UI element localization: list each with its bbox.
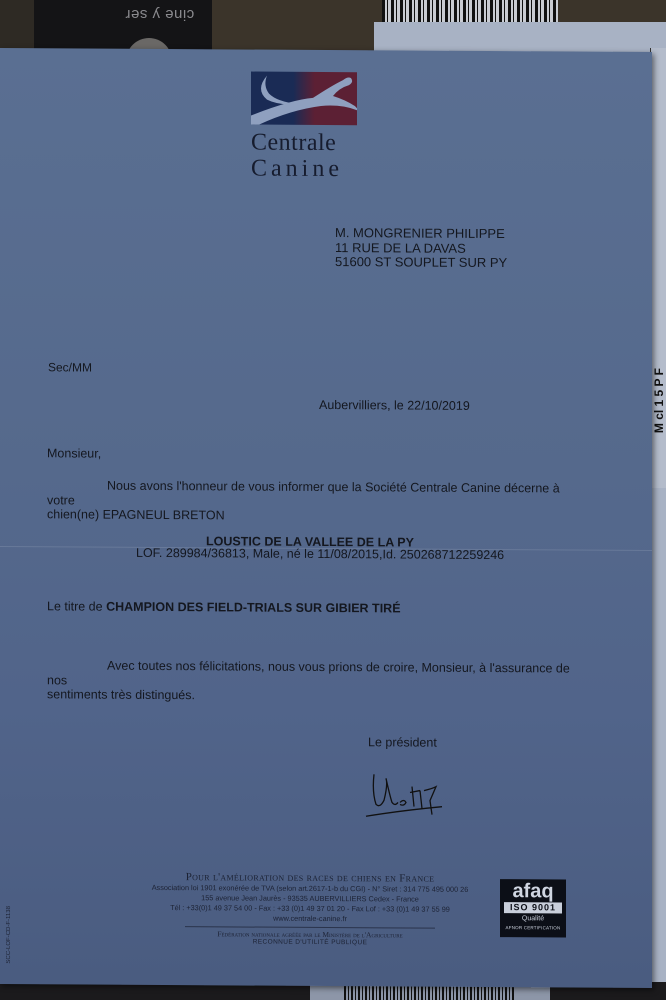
award-name: CHAMPION DES FIELD-TRIALS SUR GIBIER TIR… bbox=[106, 600, 400, 616]
paragraph1-line1: Nous avons l'honneur de vous informer qu… bbox=[47, 479, 560, 507]
letterhead-footer: Pour l'amélioration des races de chiens … bbox=[130, 871, 490, 947]
recipient-address: M. MONGRENIER PHILIPPE 11 RUE DE LA DAVA… bbox=[335, 226, 507, 271]
document-code: SCC-LOF-CD-F-1138 bbox=[6, 906, 12, 964]
background-box-text: cine y ser bbox=[125, 6, 194, 23]
background-barcode bbox=[382, 0, 558, 22]
leaping-dog-icon bbox=[251, 72, 357, 126]
footer-divider bbox=[185, 926, 435, 929]
reference: Sec/MM bbox=[48, 360, 92, 374]
letter: Centrale Canine M. MONGRENIER PHILIPPE 1… bbox=[0, 48, 652, 988]
signer-title: Le président bbox=[368, 735, 437, 749]
award-title: Le titre de CHAMPION DES FIELD-TRIALS SU… bbox=[47, 599, 401, 615]
footer-public-utility: RECONNUE D'UTILITÉ PUBLIQUE bbox=[130, 938, 490, 947]
salutation: Monsieur, bbox=[47, 446, 101, 460]
afaq-iso-badge: afaq ISO 9001 Qualité AFNOR CERTIFICATIO… bbox=[500, 879, 566, 937]
paragraph-closing: Avec toutes nos félicitations, nous vous… bbox=[47, 658, 592, 705]
paragraph2-line2: sentiments très distingués. bbox=[47, 687, 592, 705]
logo-text: Centrale Canine bbox=[251, 130, 357, 183]
afaq-brand: afaq bbox=[500, 881, 566, 901]
logo-line-1: Centrale bbox=[251, 130, 357, 157]
logo-line-2: Canine bbox=[251, 156, 357, 183]
paragraph-announcement: Nous avons l'honneur de vous informer qu… bbox=[47, 478, 587, 525]
paragraph1-line2: chien(ne) EPAGNEUL BRETON bbox=[47, 507, 587, 525]
background-label-text: M cl 1 5 P F bbox=[652, 368, 666, 433]
place-date: Aubervilliers, le 22/10/2019 bbox=[319, 398, 470, 413]
afaq-quality: Qualité bbox=[500, 914, 566, 924]
recipient-city: 51600 ST SOUPLET SUR PY bbox=[335, 255, 507, 271]
afaq-certification: AFNOR CERTIFICATION bbox=[500, 924, 566, 931]
paragraph2-line1: Avec toutes nos félicitations, nous vous… bbox=[47, 659, 570, 687]
award-prefix: Le titre de bbox=[47, 599, 103, 613]
dog-details: LOF. 289984/36813, Male, né le 11/08/201… bbox=[136, 546, 504, 562]
afaq-standard: ISO 9001 bbox=[504, 902, 562, 913]
signature-icon bbox=[362, 762, 452, 823]
background-label: M cl 1 5 P F bbox=[650, 48, 666, 488]
centrale-canine-logo: Centrale Canine bbox=[251, 72, 357, 177]
